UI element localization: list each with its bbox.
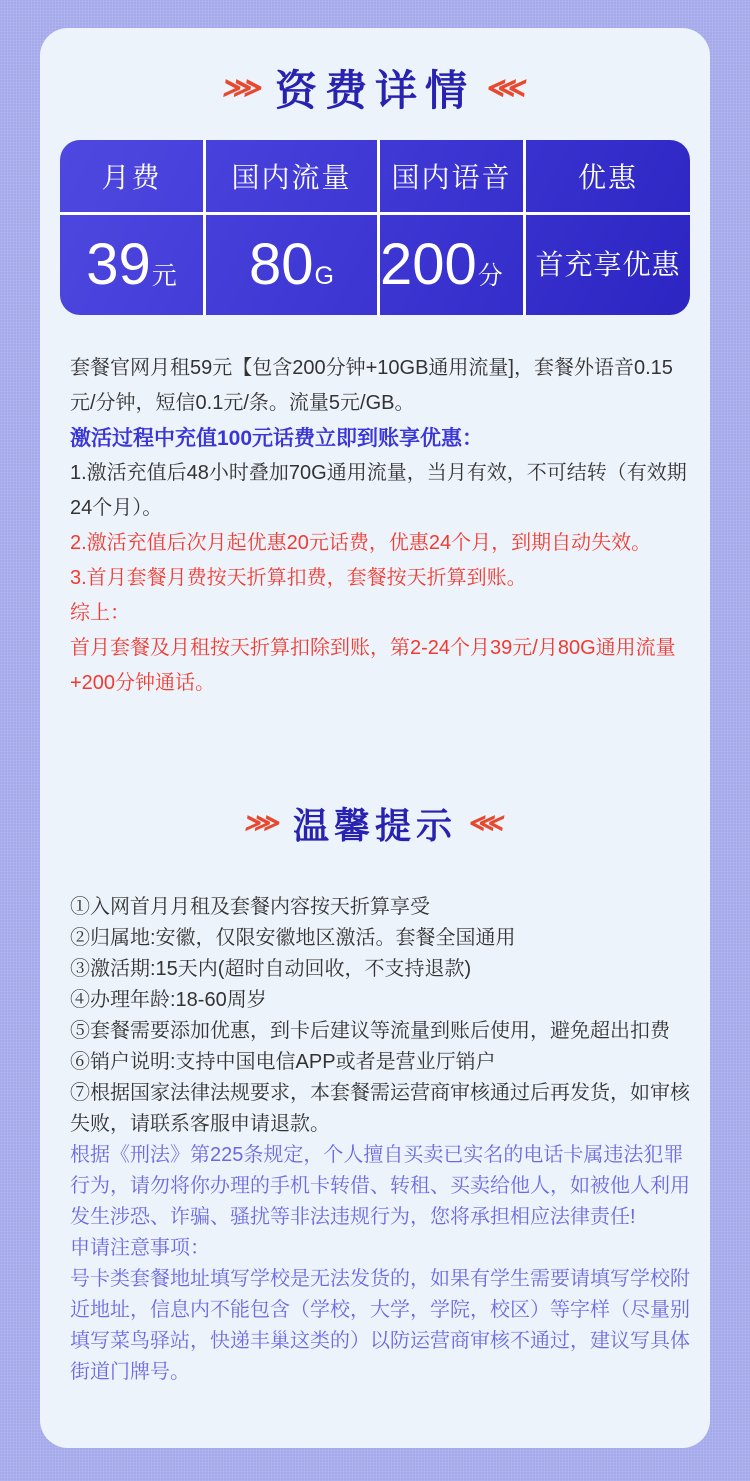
- pricing-section-title-row: ⋙ 资费详情 ⋘: [40, 60, 710, 116]
- tip-item-1: ①入网首月月租及套餐内容按天折算享受: [70, 892, 690, 923]
- monthly-fee-value: 39: [86, 215, 151, 315]
- header-monthly-fee: 月费: [60, 140, 206, 212]
- application-notice-label: 申请注意事项：: [70, 1233, 690, 1264]
- benefit-item-2: 2.激活充值后次月起优惠20元话费，优惠24个月，到期自动失效。: [70, 526, 690, 561]
- plan-intro-paragraph: 套餐官网月租59元【包含200分钟+10GB通用流量]，套餐外语音0.15元/分…: [70, 351, 690, 421]
- pricing-section-title: 资费详情: [275, 58, 475, 118]
- voice-value: 200: [380, 215, 477, 315]
- pricing-table-value-row: 39元 80G 200分钟 首充享优惠: [60, 215, 690, 315]
- triple-chevron-left-icon: ⋘: [467, 811, 506, 836]
- tip-item-6: ⑥销户说明:支持中国电信APP或者是营业厅销户: [70, 1047, 690, 1078]
- cell-domestic-data: 80G: [206, 215, 380, 315]
- tips-section-title: 温馨提示: [293, 798, 457, 849]
- tip-item-7: ⑦根据国家法律法规要求，本套餐需运营商审核通过后再发货，如审核失败，请联系客服申…: [70, 1078, 690, 1140]
- tip-item-4: ④办理年龄:18-60周岁: [70, 985, 690, 1016]
- pricing-details-text: 套餐官网月租59元【包含200分钟+10GB通用流量]，套餐外语音0.15元/分…: [70, 351, 690, 701]
- pricing-table-header-row: 月费 国内流量 国内语音 优惠: [60, 140, 690, 215]
- tips-section-title-row: ⋙ 温馨提示 ⋘: [40, 798, 710, 848]
- data-value: 80: [249, 215, 314, 315]
- tip-item-2: ②归属地:安徽，仅限安徽地区激活。套餐全国通用: [70, 923, 690, 954]
- application-notice-paragraph: 号卡类套餐地址填写学校是无法发货的，如果有学生需要请填写学校附近地址，信息内不能…: [70, 1264, 690, 1388]
- voice-unit: 分钟: [478, 226, 523, 315]
- cell-discount: 首充享优惠: [526, 215, 690, 315]
- legal-warning-paragraph: 根据《刑法》第225条规定，个人擅自买卖已实名的电话卡属违法犯罪行为，请勿将你办…: [70, 1140, 690, 1233]
- recharge-highlight-heading: 激活过程中充值100元话费立即到账享优惠：: [70, 421, 690, 456]
- cell-monthly-fee: 39元: [60, 215, 206, 315]
- triple-chevron-left-icon: ⋘: [485, 74, 529, 102]
- benefit-item-1: 1.激活充值后48小时叠加70G通用流量，当月有效，不可结转（有效期24个月）。: [70, 456, 690, 526]
- monthly-fee-unit: 元: [152, 226, 177, 315]
- header-domestic-voice: 国内语音: [380, 140, 526, 212]
- promo-page: { "theme": { "page_bg": "#a9aeec", "card…: [0, 0, 750, 1481]
- content-card: ⋙ 资费详情 ⋘ 月费 国内流量 国内语音 优惠 39元 80G 200分钟 首…: [40, 28, 710, 1448]
- summary-paragraph: 首月套餐及月租按天折算扣除到账，第2-24个月39元/月80G通用流量+200分…: [70, 631, 690, 701]
- tip-item-5: ⑤套餐需要添加优惠，到卡后建议等流量到账后使用，避免超出扣费: [70, 1016, 690, 1047]
- triple-chevron-right-icon: ⋙: [244, 811, 283, 836]
- cell-domestic-voice: 200分钟: [380, 215, 526, 315]
- benefit-item-3: 3.首月套餐月费按天折算扣费，套餐按天折算到账。: [70, 561, 690, 596]
- summary-label: 综上：: [70, 596, 690, 631]
- tip-item-3: ③激活期:15天内(超时自动回收，不支持退款): [70, 954, 690, 985]
- pricing-table: 月费 国内流量 国内语音 优惠 39元 80G 200分钟 首充享优惠: [60, 140, 690, 315]
- discount-value: 首充享优惠: [535, 215, 680, 315]
- triple-chevron-right-icon: ⋙: [221, 74, 265, 102]
- data-unit: G: [315, 226, 334, 315]
- tips-text: ①入网首月月租及套餐内容按天折算享受 ②归属地:安徽，仅限安徽地区激活。套餐全国…: [70, 892, 690, 1388]
- header-domestic-data: 国内流量: [206, 140, 380, 212]
- header-discount: 优惠: [526, 140, 690, 212]
